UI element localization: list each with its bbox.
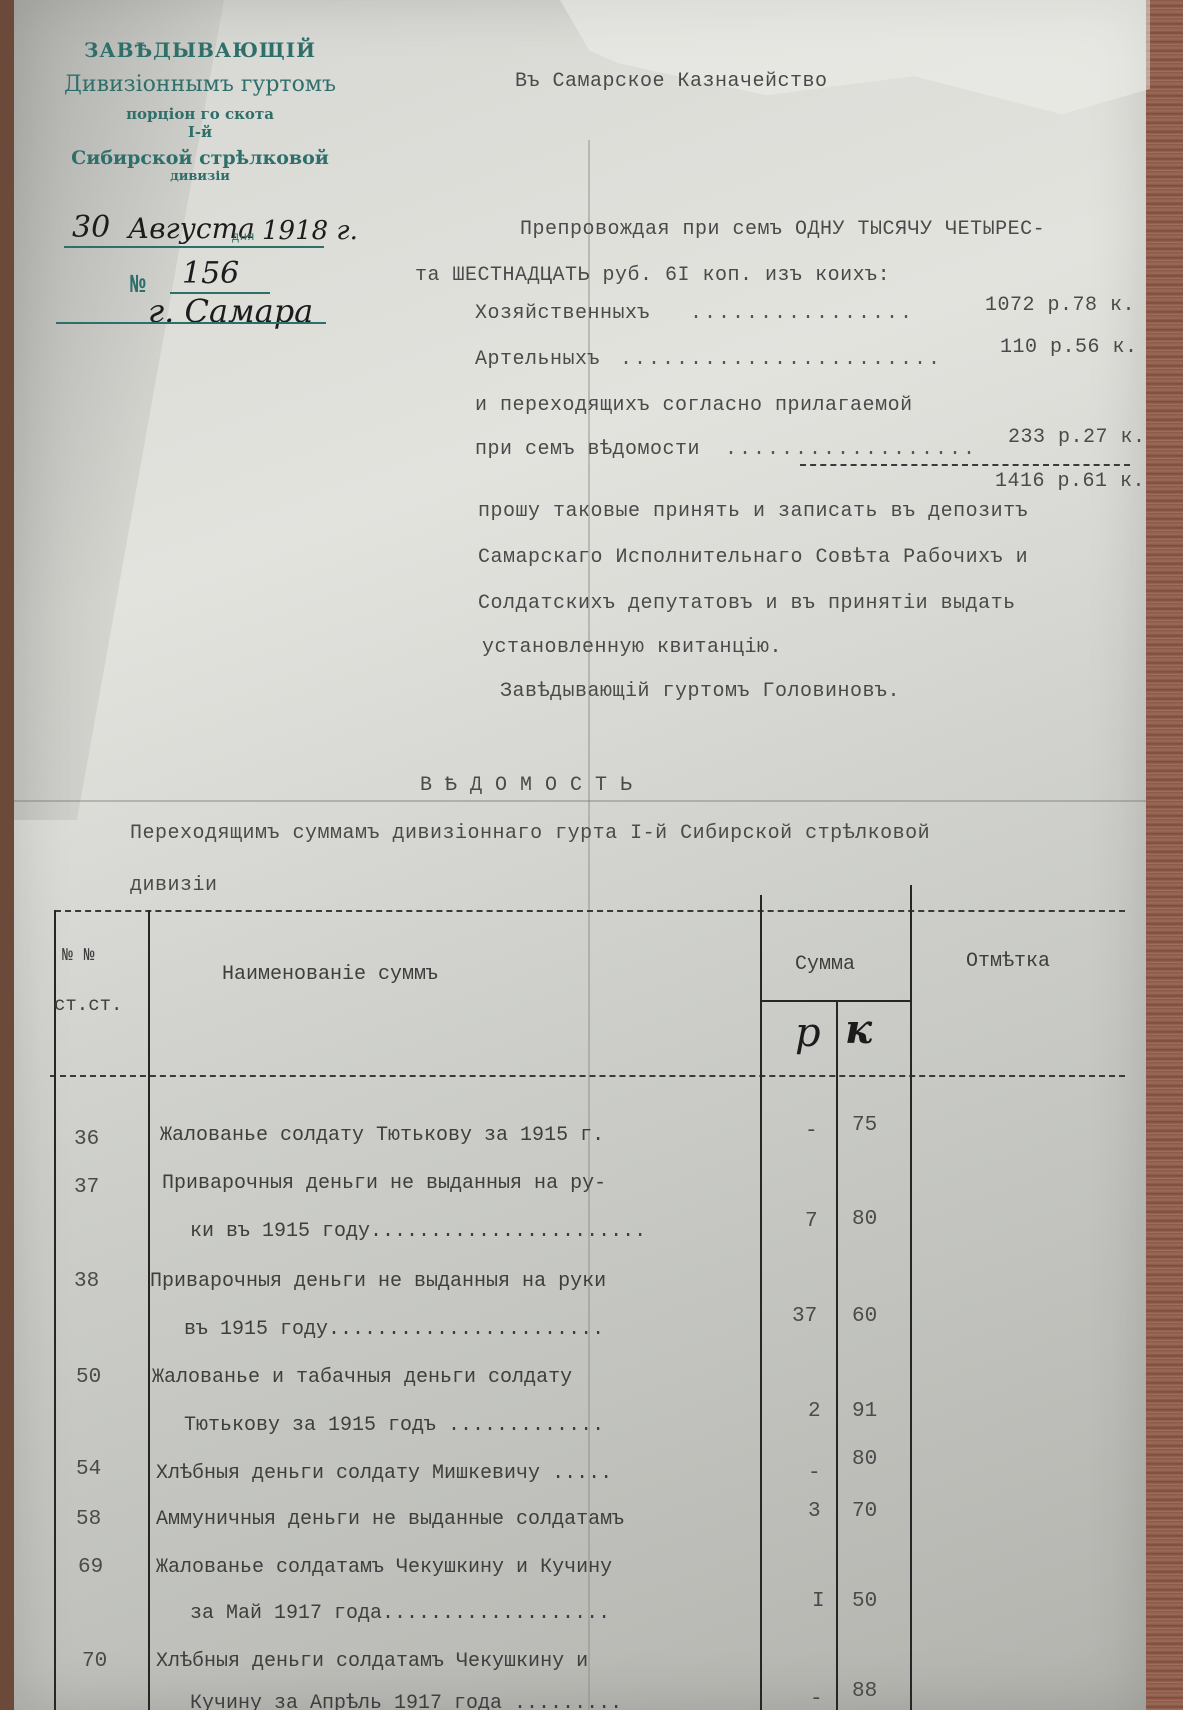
stamp-line-2: Дивизіоннымъ гуртомъ: [60, 72, 340, 97]
row-description: Приварочныя деньги не выданныя на руки: [150, 1270, 606, 1293]
handwritten-date-year: 1918 г.: [262, 216, 358, 246]
row-description-continued: ки въ 1915 году.......................: [190, 1220, 646, 1243]
item-amount-artel: 110 р.56 к.: [1000, 336, 1138, 359]
row-description: Хлѣбныя деньги солдатамъ Чекушкину и: [156, 1650, 588, 1673]
row-number: 37: [74, 1176, 99, 1199]
addressee: Въ Самарское Казначейство: [515, 70, 828, 93]
row-number: 38: [74, 1270, 99, 1293]
row-rubles: 2: [808, 1400, 821, 1423]
row-rubles: 7: [805, 1210, 818, 1233]
item-label-household: Хозяйственныхъ: [475, 302, 650, 325]
row-number: 69: [78, 1556, 103, 1579]
horizontal-fold-crease: [14, 800, 1146, 802]
row-kopecks: 70: [852, 1500, 877, 1523]
row-number: 70: [82, 1650, 107, 1673]
column-divider-number: [148, 910, 150, 1710]
row-rubles: 37: [792, 1305, 817, 1328]
signature-line: Завѣдывающій гуртомъ Головиновъ.: [500, 680, 900, 703]
row-kopecks: 50: [852, 1590, 877, 1613]
header-sum: Сумма: [795, 953, 855, 976]
statement-title: В Ѣ Д О М О С Т Ь: [420, 774, 633, 797]
row-kopecks: 75: [852, 1114, 877, 1137]
item-label-artel: Артельныхъ: [475, 348, 600, 371]
letter-total: 1416 р.61 к.: [995, 470, 1145, 493]
row-number: 58: [76, 1508, 101, 1531]
row-number: 54: [76, 1458, 101, 1481]
item-label-statement: при семъ вѣдомости: [475, 438, 700, 461]
row-description-continued: въ 1915 году.......................: [184, 1318, 604, 1341]
item-leader-dots: ................: [690, 302, 914, 325]
letter-paragraph-2-line-1: прошу таковые принять и записать въ депо…: [478, 500, 1028, 523]
sum-subheader-rule: [760, 1000, 912, 1002]
row-number: 50: [76, 1366, 101, 1389]
row-kopecks: 60: [852, 1305, 877, 1328]
column-divider-sum: [910, 885, 912, 1710]
row-description: Хлѣбныя деньги солдату Мишкевичу .....: [156, 1462, 612, 1485]
table-header-bottom-rule: [50, 1075, 1125, 1077]
statement-subtitle-line-2: дивизіи: [130, 874, 218, 897]
item-amount-household: 1072 р.78 к.: [985, 294, 1135, 317]
stamp-city-underline: [56, 322, 326, 324]
row-number: 36: [74, 1128, 99, 1151]
row-rubles: -: [805, 1120, 818, 1143]
letter-paragraph-1-line-1: Препровождая при семъ ОДНУ ТЫСЯЧУ ЧЕТЫРЕ…: [520, 218, 1045, 241]
row-kopecks: 80: [852, 1208, 877, 1231]
column-divider-rub-kop: [836, 1000, 838, 1710]
letter-paragraph-2-line-2: Самарскаго Исполнительнаго Совѣта Рабочи…: [478, 546, 1028, 569]
stamp-line-4: I-й: [60, 123, 340, 141]
row-description-continued: Тютькову за 1915 годъ .............: [184, 1414, 604, 1437]
row-description: Приварочныя деньги не выданныя на ру-: [162, 1172, 606, 1195]
row-description: Жалованье и табачныя деньги солдату: [152, 1366, 572, 1389]
row-rubles: I: [812, 1590, 825, 1613]
header-note: Отмѣтка: [966, 950, 1050, 973]
handwritten-date-day: 30: [72, 210, 110, 245]
letter-paragraph-2-line-4: установленную квитанцію.: [482, 636, 782, 659]
row-kopecks: 88: [852, 1680, 877, 1703]
letter-paragraph-1-line-2: та ШЕСТНАДЦАТЬ руб. 6I коп. изъ коихъ:: [415, 264, 890, 287]
stamp-line-1: ЗАВѢДЫВАЮЩІЙ: [60, 38, 340, 62]
row-rubles: -: [808, 1462, 821, 1485]
item-leader-dots: .......................: [620, 348, 942, 371]
stamp-line-6: дивизіи: [60, 169, 340, 184]
stamp-date-underline: [64, 246, 324, 248]
handwritten-number: 156: [182, 256, 239, 291]
header-name: Наименованіе суммъ: [222, 963, 438, 986]
row-description: Аммуничныя деньги не выданные солдатамъ: [156, 1508, 624, 1531]
row-description: Жалованье солдатамъ Чекушкину и Кучину: [156, 1556, 612, 1579]
wooden-surface-background: [1143, 0, 1183, 1710]
row-kopecks: 80: [852, 1448, 877, 1471]
letter-paragraph-2-line-3: Солдатскихъ депутатовъ и въ принятіи выд…: [478, 592, 1016, 615]
row-rubles: -: [810, 1688, 823, 1710]
row-description-continued: за Май 1917 года...................: [190, 1602, 610, 1625]
stamp-date-label: дня: [232, 230, 255, 244]
item-label-transferring: и переходящихъ согласно прилагаемой: [475, 394, 913, 417]
row-description-continued: Кучину за Апрѣль 1917 года .........: [190, 1692, 622, 1710]
item-leader-dots: ..................: [725, 438, 977, 461]
header-number-line-1: № №: [62, 946, 94, 966]
office-stamp: ЗАВѢДЫВАЮЩІЙ Дивизіоннымъ гуртомъ порціо…: [60, 38, 340, 184]
stamp-number-label: №: [130, 270, 146, 300]
header-kopecks: к: [845, 1006, 872, 1053]
stamp-line-5: Сибирской стрѣлковой: [60, 147, 340, 169]
table-left-border: [54, 910, 56, 1710]
total-separator-line: [800, 464, 1130, 466]
row-rubles: 3: [808, 1500, 821, 1523]
column-divider-name: [760, 895, 762, 1710]
stamp-line-3: порціон го скота: [60, 105, 340, 123]
statement-subtitle-line-1: Переходящимъ суммамъ дивизіоннаго гурта …: [130, 822, 930, 845]
handwritten-city: г. Самара: [148, 292, 313, 330]
header-rubles: р: [795, 1010, 821, 1056]
item-amount-statement: 233 р.27 к.: [1008, 426, 1146, 449]
table-top-rule: [55, 910, 1125, 912]
header-number-line-2: ст.ст.: [54, 994, 122, 1016]
row-description: Жалованье солдату Тютькову за 1915 г.: [160, 1124, 604, 1147]
row-kopecks: 91: [852, 1400, 877, 1423]
